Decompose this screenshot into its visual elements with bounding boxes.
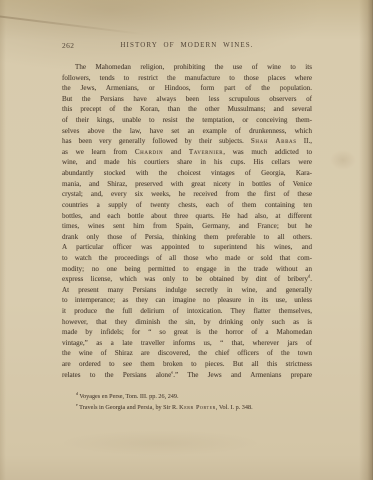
text-segment: Kerr Porter: [179, 404, 216, 411]
book-page-scan: 262 HISTORY OF MODERN WINES. The Mahomed…: [0, 0, 373, 480]
body-line: wine, and made his courtiers share in hi…: [62, 157, 312, 168]
body-line: selves above the law, have set an exampl…: [62, 126, 312, 137]
body-line: times, wines sent him from Spain, German…: [62, 221, 312, 232]
text-segment: The Mahomedan religion, prohibiting the …: [75, 63, 312, 71]
body-line: crystal; and, every six weeks, he receiv…: [62, 189, 312, 200]
text-segment: Voyages en Perse, Tom. III. pp. 26, 249.: [78, 393, 179, 400]
text-segment: times, wines sent him from Spain, German…: [62, 222, 312, 230]
text-segment: But the Persians have always been less s…: [62, 95, 312, 103]
text-segment: relates to the Persians alone: [62, 371, 171, 379]
text-segment: Travels in Georgia and Persia, by Sir R.: [78, 404, 179, 411]
body-text: The Mahomedan religion, prohibiting the …: [62, 62, 312, 380]
body-line: But the Persians have always been less s…: [62, 94, 312, 105]
text-segment: followers, tends to restrict the manufac…: [62, 74, 312, 82]
body-line: it produce the full delirium of intoxica…: [62, 306, 312, 317]
body-line: to watch the proceedings of all those wh…: [62, 253, 312, 264]
page-crease: [0, 15, 144, 35]
text-segment: .: [310, 275, 312, 283]
text-segment: selves above the law, have set an exampl…: [62, 127, 312, 135]
text-segment: drank only those of Persia, thinking the…: [62, 233, 312, 241]
text-segment: , was much addicted to: [223, 148, 312, 156]
text-segment: it produce the full delirium of intoxica…: [62, 307, 312, 315]
body-line: countries a supply of twenty chests, eac…: [62, 200, 312, 211]
text-segment: crystal; and, every six weeks, he receiv…: [62, 190, 312, 198]
page-edge-shadow-right: [359, 0, 373, 480]
body-line: abundantly stocked with the choicest vin…: [62, 168, 312, 179]
text-segment: to intemperance; as they can imagine no …: [62, 296, 312, 304]
text-segment: A particular officer was appointed to su…: [62, 243, 312, 251]
text-segment: .” The Jews and Armenians prepare: [173, 371, 312, 379]
body-line: the wine of Shiraz are discovered, the c…: [62, 348, 312, 359]
text-segment: as we learn from: [62, 148, 135, 156]
body-line: At present many Persians indulge secretl…: [62, 285, 312, 296]
text-segment: are ordered to see them broken to pieces…: [62, 360, 312, 368]
text-segment: however, that they diminish the sin, by …: [62, 318, 312, 326]
text-segment: Tavernier: [189, 148, 223, 156]
body-line: are ordered to see them broken to pieces…: [62, 359, 312, 370]
text-segment: express license, which was only to be ob…: [62, 275, 308, 283]
body-line: express license, which was only to be ob…: [62, 274, 312, 285]
text-segment: abundantly stocked with the choicest vin…: [62, 169, 312, 177]
body-line: as we learn from Chardin and Tavernier, …: [62, 147, 312, 158]
text-segment: this precept of the Koran, than the othe…: [62, 105, 312, 113]
body-line: this precept of the Koran, than the othe…: [62, 104, 312, 115]
body-line: drank only those of Persia, thinking the…: [62, 232, 312, 243]
text-segment: Chardin: [135, 148, 163, 156]
body-line: The Mahomedan religion, prohibiting the …: [62, 62, 312, 73]
text-segment: bottles, and each bottle about three qua…: [62, 212, 312, 220]
body-line: to intemperance; as they can imagine no …: [62, 295, 312, 306]
paper-stain: [330, 150, 356, 170]
paper-stain: [60, 430, 260, 456]
text-segment: , Vol. I. p. 348.: [216, 404, 253, 411]
text-segment: and: [163, 148, 189, 156]
body-line: the Jews, Armenians, or Hindoos, form pa…: [62, 83, 312, 94]
body-line: of their kings, unable to resist the tem…: [62, 115, 312, 126]
body-line: modity; no one being permitted to engage…: [62, 264, 312, 275]
body-line: however, that they diminish the sin, by …: [62, 317, 312, 328]
page-header: 262 HISTORY OF MODERN WINES.: [62, 41, 312, 53]
text-segment: to watch the proceedings of all those wh…: [62, 254, 312, 262]
text-segment: countries a supply of twenty chests, eac…: [62, 201, 312, 209]
body-line: relates to the Persians alonee.” The Jew…: [62, 370, 312, 381]
text-segment: At present many Persians indulge secretl…: [62, 286, 312, 294]
body-line: A particular officer was appointed to su…: [62, 242, 312, 253]
text-segment: the wine of Shiraz are discovered, the c…: [62, 349, 312, 357]
body-line: mania, and Shiraz, preserved with great …: [62, 179, 312, 190]
footnote: d Voyages en Perse, Tom. III. pp. 26, 24…: [76, 391, 312, 402]
body-line: bottles, and each bottle about three qua…: [62, 211, 312, 222]
text-segment: II.,: [297, 137, 312, 145]
body-line: made by infidels; for “ so great is the …: [62, 327, 312, 338]
text-segment: wine, and made his courtiers share in hi…: [62, 158, 312, 166]
text-segment: has been very generally followed by thei…: [62, 137, 251, 145]
text-segment: mania, and Shiraz, preserved with great …: [62, 180, 312, 188]
page-edge-shadow-left: [0, 0, 6, 480]
text-segment: of their kings, unable to resist the tem…: [62, 116, 312, 124]
text-segment: modity; no one being permitted to engage…: [62, 265, 312, 273]
text-segment: vintage,” as a late traveller informs us…: [62, 339, 312, 347]
footnotes: d Voyages en Perse, Tom. III. pp. 26, 24…: [76, 391, 312, 413]
text-segment: Shah Abbas: [251, 137, 297, 145]
body-line: has been very generally followed by thei…: [62, 136, 312, 147]
text-segment: the Jews, Armenians, or Hindoos, form pa…: [62, 84, 312, 92]
running-head: HISTORY OF MODERN WINES.: [62, 41, 312, 49]
body-line: followers, tends to restrict the manufac…: [62, 73, 312, 84]
footnote: e Travels in Georgia and Persia, by Sir …: [76, 402, 312, 413]
body-line: vintage,” as a late traveller informs us…: [62, 338, 312, 349]
text-segment: made by infidels; for “ so great is the …: [62, 328, 312, 336]
